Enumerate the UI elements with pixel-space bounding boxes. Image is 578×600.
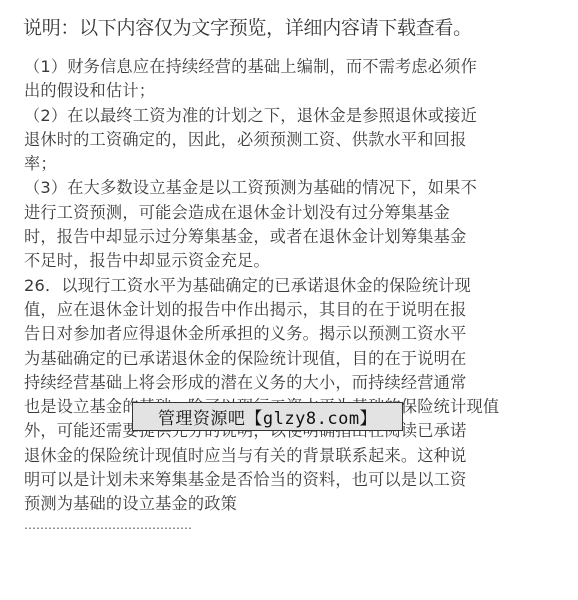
text-line: 预测为基础的设立基金的政策 xyxy=(24,492,544,516)
text-line: 时，报告中却显示过分筹集基金，或者在退休金计划筹集基金 xyxy=(24,225,544,249)
document-body: （1）财务信息应在持续经营的基础上编制，而不需考虑必须作 出的假设和估计； （2… xyxy=(24,55,544,535)
text-line: 持续经营基础上将会形成的潜在义务的大小，而持续经营通常 xyxy=(24,371,544,395)
watermark-banner: 管理资源吧【glzy8.com】 xyxy=(132,402,403,431)
text-line: 告日对参加者应得退休金所承担的义务。揭示以预测工资水平 xyxy=(24,322,544,346)
text-line: 26．以现行工资水平为基础确定的已承诺退休金的保险统计现 xyxy=(24,274,544,298)
text-line: （2）在以最终工资为准的计划之下，退休金是参照退休或接近 xyxy=(24,104,544,128)
text-line: 退休金的保险统计现值时应当与有关的背景联系起来。这种说 xyxy=(24,444,544,468)
text-line: 率； xyxy=(24,152,544,176)
text-line: （1）财务信息应在持续经营的基础上编制，而不需考虑必须作 xyxy=(24,55,544,79)
text-line: 出的假设和估计； xyxy=(24,79,544,103)
page-title: 说明：以下内容仅为文字预览，详细内容请下载查看。 xyxy=(23,14,472,42)
text-line: 明可以是计划未来筹集基金是否恰当的资料，也可以是以工资 xyxy=(24,468,544,492)
text-line: 不足时，报告中却显示资金充足。 xyxy=(24,249,544,273)
ellipsis-continuation: …………………………………… xyxy=(24,515,544,535)
text-line: 退休时的工资确定的，因此，必须预测工资、供款水平和回报 xyxy=(24,128,544,152)
text-line: 进行工资预测，可能会造成在退休金计划没有过分筹集基金 xyxy=(24,201,544,225)
text-line: （3）在大多数设立基金是以工资预测为基础的情况下，如果不 xyxy=(24,176,544,200)
text-line: 值，应在退休金计划的报告中作出揭示，其目的在于说明在报 xyxy=(24,298,544,322)
text-line: 为基础确定的已承诺退休金的保险统计现值，目的在于说明在 xyxy=(24,347,544,371)
